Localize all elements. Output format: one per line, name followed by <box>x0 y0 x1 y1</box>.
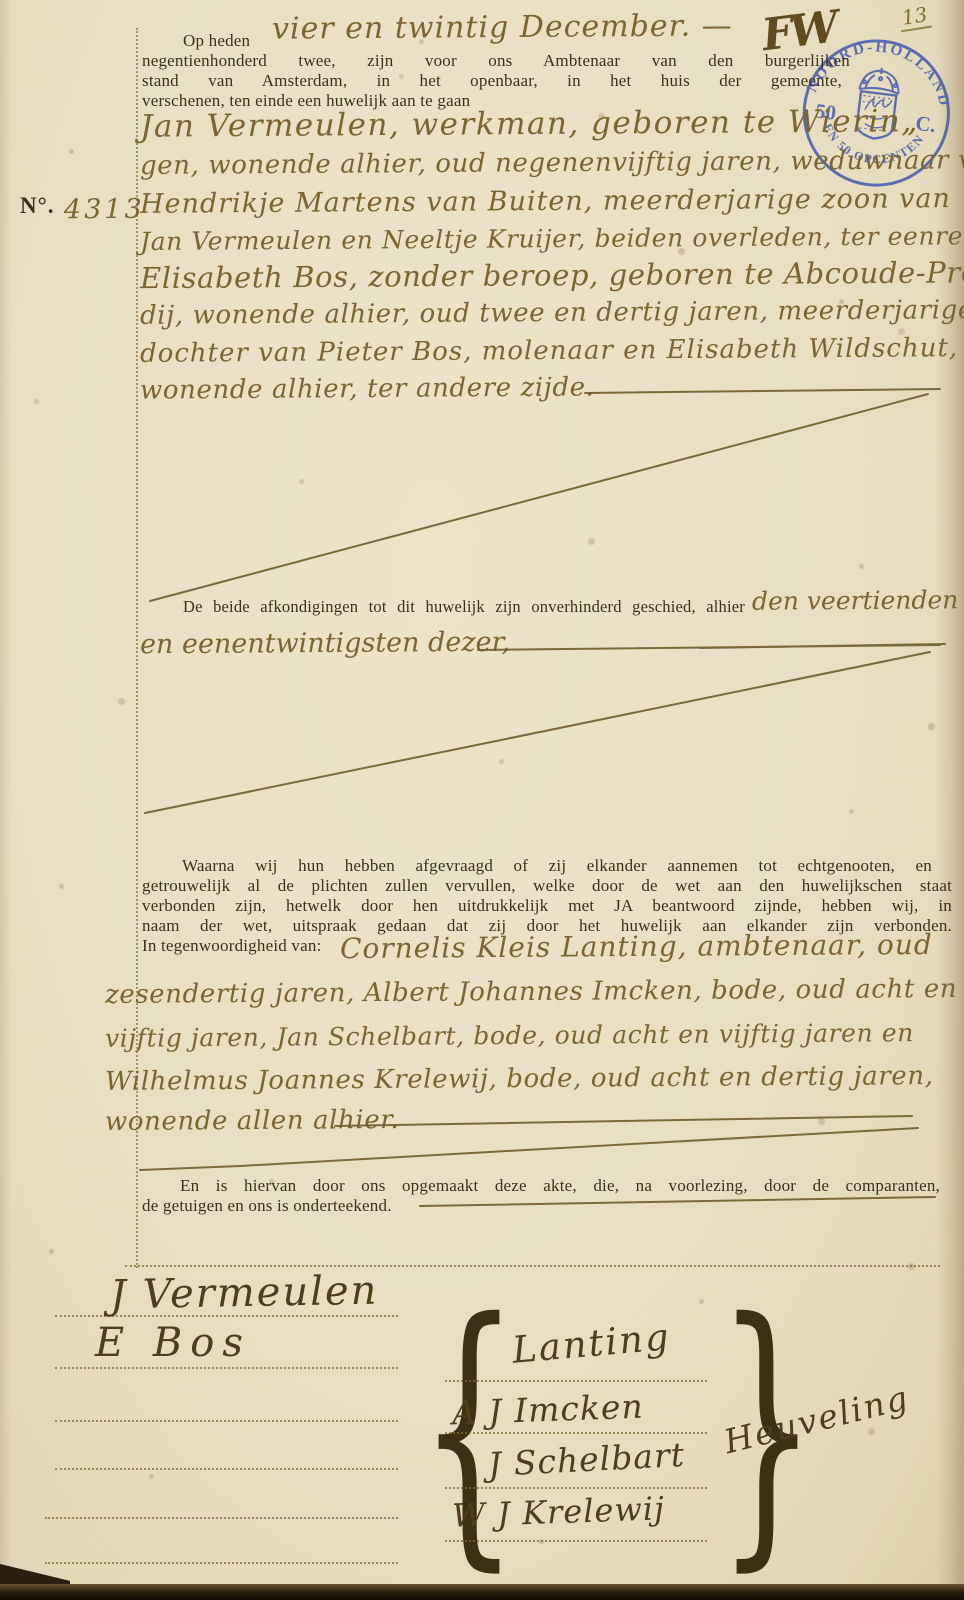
signature-line-left-4 <box>55 1468 398 1470</box>
signature-witness-lanting: Lanting <box>510 1315 672 1372</box>
signature-bride: E Bos <box>95 1320 251 1366</box>
strike-line-2 <box>145 652 930 813</box>
parties-line-3: Hendrikje Martens van Buiten, meerderjar… <box>140 183 951 220</box>
signature-line-left-2 <box>55 1367 398 1369</box>
marriage-certificate-page: FW 13 NOORD-HOLLAND EN 50 OPCENTEN 50 C. <box>0 0 964 1600</box>
stamp-crown-icon <box>859 66 901 94</box>
closing-line-2: de getuigen en ons is onderteekend. <box>142 1196 392 1216</box>
vows-line-5: In tegenwoordigheid van: <box>142 936 321 956</box>
parties-line-8: wonende alhier, ter andere zijde. <box>140 372 595 405</box>
signature-line-left-6 <box>45 1562 398 1564</box>
opening-prefix: Op heden <box>183 31 250 51</box>
closing-line-1: En is hiervan door ons opgemaakt deze ak… <box>180 1176 940 1196</box>
rule-after-witnesses <box>335 1116 912 1126</box>
vows-line-1: Waarna wij hun hebben afgevraagd of zij … <box>182 856 932 876</box>
act-number-value: 4313 <box>64 194 145 226</box>
parties-line-7: dochter van Pieter Bos, molenaar en Elis… <box>140 333 958 369</box>
act-number-label: N°. <box>20 196 55 216</box>
signature-witness-krelewij: W J Krelewij <box>451 1489 665 1534</box>
banns-handwritten-1: den veertienden <box>752 585 959 615</box>
witnesses-line-4: Wilhelmus Joannes Krelewij, bode, oud ac… <box>105 1061 934 1097</box>
rule-after-parties <box>585 389 940 393</box>
witnesses-line-3: vijftig jaren, Jan Schelbart, bode, oud … <box>105 1018 914 1053</box>
signature-groom: J Vermeulen <box>110 1268 379 1319</box>
signature-line-left-5 <box>45 1517 398 1519</box>
witnesses-line-5: wonende allen alhier. <box>105 1105 400 1137</box>
opening-line-2: stand van Amsterdam, in het openbaar, in… <box>142 71 842 91</box>
signature-line-mid-1 <box>445 1380 707 1382</box>
opening-date-handwritten: vier en twintig December. — <box>272 8 733 46</box>
parties-line-6: dij, wonende alhier, oud twee en dertig … <box>140 295 964 331</box>
banns-handwritten-2: en eenentwintigsten dezer, <box>140 627 510 661</box>
signature-line-mid-3 <box>445 1487 707 1489</box>
parties-line-2: gen, wonende alhier, oud negenenvijftig … <box>140 145 964 181</box>
signature-witness-imcken: A J Imcken <box>451 1387 644 1433</box>
parties-line-4: Jan Vermeulen en Neeltje Kruijer, beiden… <box>140 221 964 256</box>
strike-line-1 <box>150 394 928 601</box>
parties-line-5: Elisabeth Bos, zonder beroep, geboren te… <box>140 255 964 295</box>
witnesses-line-1: Cornelis Kleis Lanting, ambtenaar, oud <box>340 928 933 965</box>
signature-line-mid-2 <box>445 1432 707 1434</box>
signature-line-left-3 <box>55 1420 398 1422</box>
signature-line-top <box>125 1265 940 1267</box>
folio-number: 13 <box>897 2 932 33</box>
rule-after-closing <box>420 1197 935 1206</box>
rule-after-banns-2 <box>700 644 945 648</box>
opening-line-1: negentienhonderd twee, zijn voor ons Amb… <box>142 51 850 71</box>
page-left-edge <box>0 0 12 1600</box>
vows-line-3: verbonden zijn, hetwelk door hen uitdruk… <box>142 896 952 916</box>
parties-line-1: Jan Vermeulen, werkman, geboren te Wieri… <box>140 103 919 144</box>
vows-line-2: getrouwelijk al de plichten zullen vervu… <box>142 876 952 896</box>
witnesses-line-2: zesendertig jaren, Albert Johannes Imcke… <box>105 974 957 1010</box>
banns-printed: De beide afkondigingen tot dit huwelijk … <box>183 597 745 617</box>
rule-after-banns <box>478 645 940 650</box>
signature-line-mid-4 <box>445 1540 707 1542</box>
